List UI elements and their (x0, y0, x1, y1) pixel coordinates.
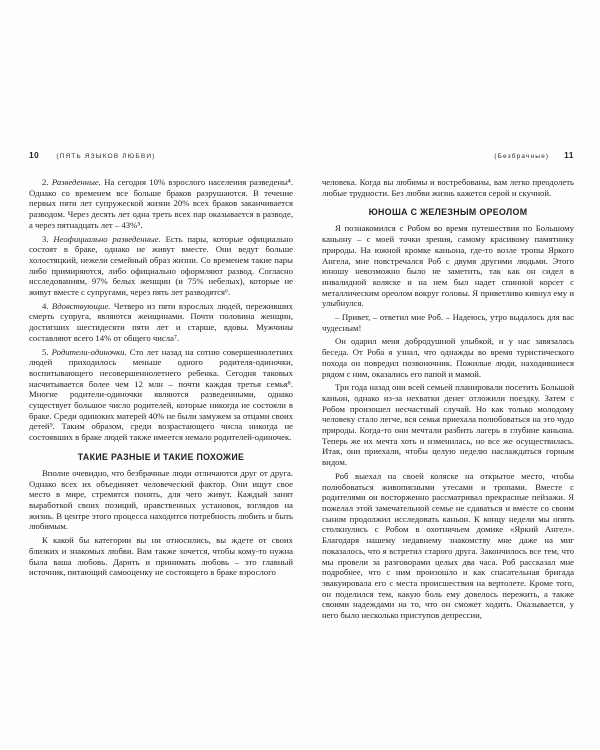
right-page-body: человека. Когда вы любимы и востребованы… (322, 177, 574, 621)
paragraph: Роб выехал на своей коляске на открытое … (322, 471, 574, 621)
paragraph-text: человека. Когда вы любимы и востребованы… (322, 177, 574, 198)
paragraph-text: – Привет, – ответил мне Роб. – Надеюсь, … (322, 312, 574, 333)
item-text: Сто лет назад на сотню совершеннолетних … (29, 347, 293, 443)
page-left: 10 (ПЯТЬ ЯЗЫКОВ ЛЮБВИ) 2. Разведенные. Н… (29, 151, 293, 581)
running-title-book: (ПЯТЬ ЯЗЫКОВ ЛЮБВИ) (56, 153, 155, 160)
running-header-right: (Безбрачные) 11 (322, 151, 574, 160)
book-spread: 10 (ПЯТЬ ЯЗЫКОВ ЛЮБВИ) 2. Разведенные. Н… (0, 0, 600, 750)
running-title-chapter: (Безбрачные) (494, 153, 549, 160)
paragraph-text: Я познакомился с Робом во время путешест… (322, 223, 574, 308)
paragraph-continuation: человека. Когда вы любимы и востребованы… (322, 177, 574, 198)
section-heading-left: ТАКИЕ РАЗНЫЕ И ТАКИЕ ПОХОЖИЕ (29, 452, 293, 463)
paragraph: Три года назад они всей семьей планирова… (322, 382, 574, 468)
section-heading-right: ЮНОША С ЖЕЛЕЗНЫМ ОРЕОЛОМ (322, 207, 574, 218)
running-header-left: 10 (ПЯТЬ ЯЗЫКОВ ЛЮБВИ) (29, 151, 293, 160)
item-number: 3. (42, 234, 49, 244)
paragraph-text: К какой бы категории вы ни относились, в… (29, 535, 293, 577)
page-right: (Безбрачные) 11 человека. Когда вы любим… (322, 151, 574, 624)
paragraph: Вполне очевидно, что безбрачные люди отл… (29, 468, 293, 532)
paragraph: Он одарил меня добродушной улыбкой, и у … (322, 336, 574, 379)
numbered-item-single-parents: 5. Родители-одиночки. Сто лет назад на с… (29, 347, 293, 443)
item-term: Разведенные. (52, 177, 101, 187)
paragraph-text: Он одарил меня добродушной улыбкой, и у … (322, 336, 574, 378)
paragraph: К какой бы категории вы ни относились, в… (29, 535, 293, 578)
paragraph-dialogue: – Привет, – ответил мне Роб. – Надеюсь, … (322, 312, 574, 333)
item-number: 2. (42, 177, 49, 187)
left-page-body: 2. Разведенные. На сегодня 10% взрослого… (29, 177, 293, 578)
paragraph-text: Три года назад они всей семьей планирова… (322, 382, 574, 467)
numbered-item-widowed: 4. Вдовствующие. Четверо из пяти взрослы… (29, 301, 293, 344)
item-number: 5. (42, 347, 49, 357)
paragraph-text: Вполне очевидно, что безбрачные люди отл… (29, 468, 293, 532)
paragraph-text: Роб выехал на своей коляске на открытое … (322, 471, 574, 620)
numbered-item-divorced: 2. Разведенные. На сегодня 10% взрослого… (29, 177, 293, 231)
item-term: Неофициально разведенные. (53, 234, 160, 244)
item-term: Родители-одиночки. (52, 347, 127, 357)
item-number: 4. (42, 301, 49, 311)
numbered-item-informally-divorced: 3. Неофициально разведенные. Есть пары, … (29, 234, 293, 298)
paragraph: Я познакомился с Робом во время путешест… (322, 223, 574, 309)
item-term: Вдовствующие. (52, 301, 111, 311)
page-number-left: 10 (29, 151, 39, 160)
page-number-right: 11 (564, 151, 574, 160)
